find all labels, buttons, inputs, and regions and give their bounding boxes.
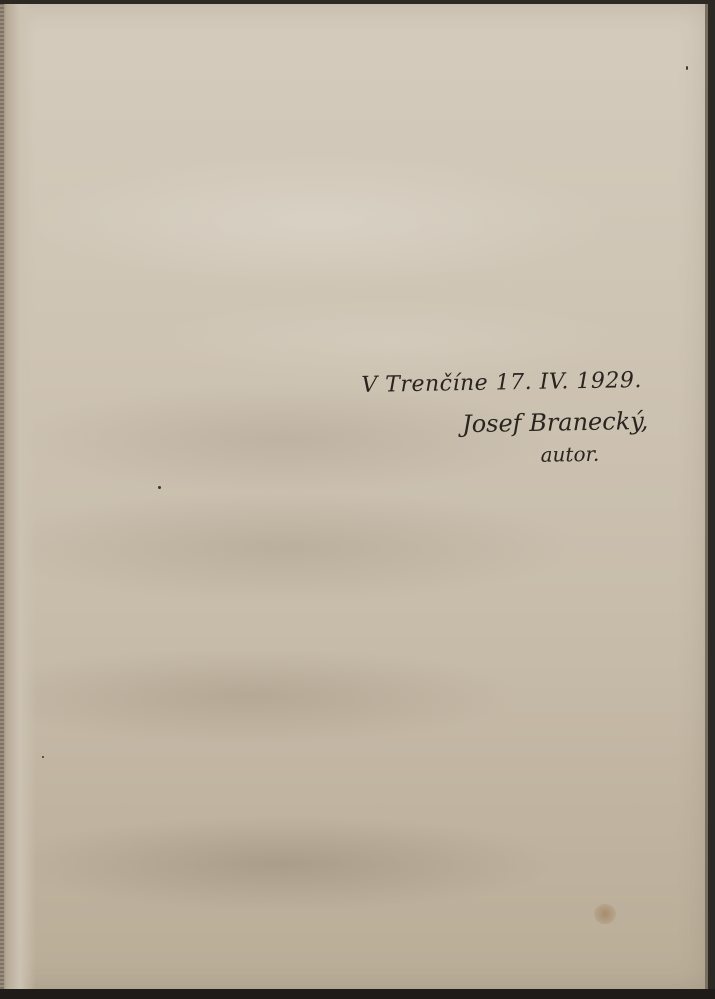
paper-speck — [158, 486, 161, 489]
paper-speck — [686, 66, 688, 70]
handwritten-inscription: V Trenčíne 17. IV. 1929. Josef Branecký,… — [361, 367, 693, 470]
inscription-place-date: V Trenčíne 17. IV. 1929. — [361, 367, 691, 398]
book-page: V Trenčíne 17. IV. 1929. Josef Branecký,… — [0, 4, 708, 992]
spine-stitching — [0, 4, 4, 992]
foxing-stain — [594, 904, 616, 924]
photo-scene: V Trenčíne 17. IV. 1929. Josef Branecký,… — [0, 0, 715, 999]
page-edge — [705, 4, 708, 992]
bottom-shadow — [0, 989, 715, 999]
book-spine — [0, 4, 36, 992]
paper-speck — [42, 756, 44, 758]
author-signature: Josef Branecký, — [462, 406, 692, 438]
author-role: autor. — [540, 440, 692, 467]
